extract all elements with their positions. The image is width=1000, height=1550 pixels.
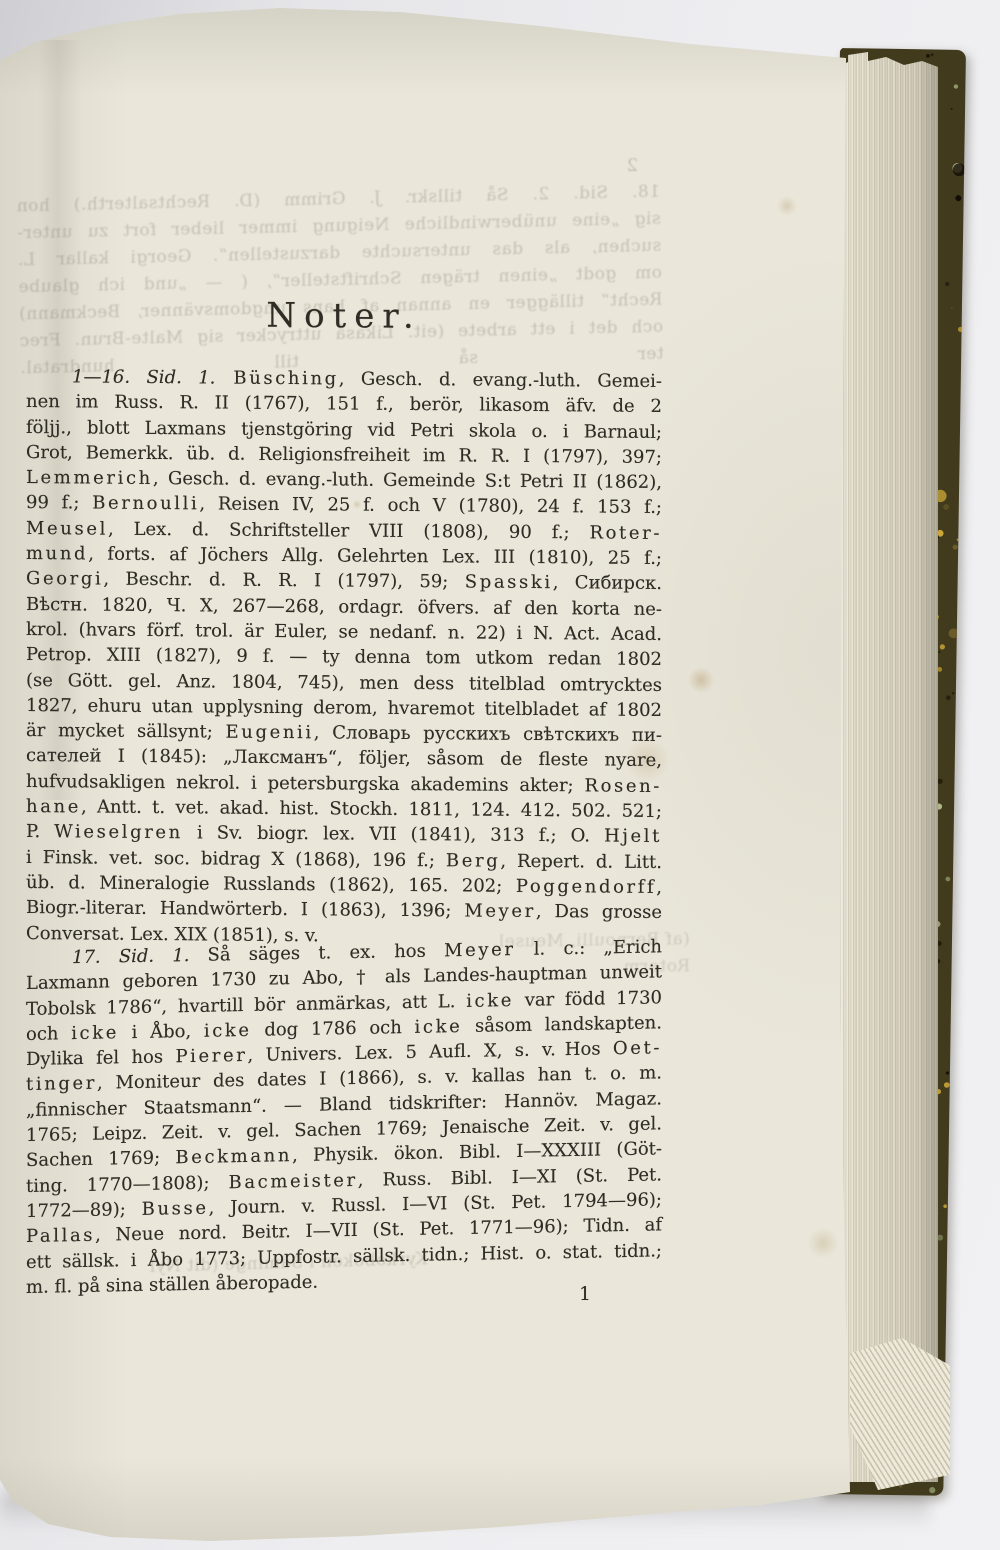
foxing-spot: [776, 196, 798, 216]
photo-background: { "page": { "heading": "Noter.", "page_n…: [0, 0, 1000, 1550]
fore-edge-pages: [836, 52, 938, 1482]
foxing-spot: [806, 1228, 840, 1258]
notes-paragraph-2: 17. Sid. 1. Så säges t. ex. hos Meyer l.…: [26, 934, 662, 1300]
notes-paragraph-1: 1—16. Sid. 1. Büsching, Gesch. d. evang.…: [26, 364, 662, 951]
page-heading: Noter.: [26, 294, 662, 338]
text-column: Noter. 1—16. Sid. 1. Büsching, Gesch. d.…: [26, 294, 662, 1300]
page-number: 1: [545, 1284, 625, 1305]
showthrough-page-number: 2: [598, 152, 638, 179]
foxing-spot: [687, 667, 715, 693]
